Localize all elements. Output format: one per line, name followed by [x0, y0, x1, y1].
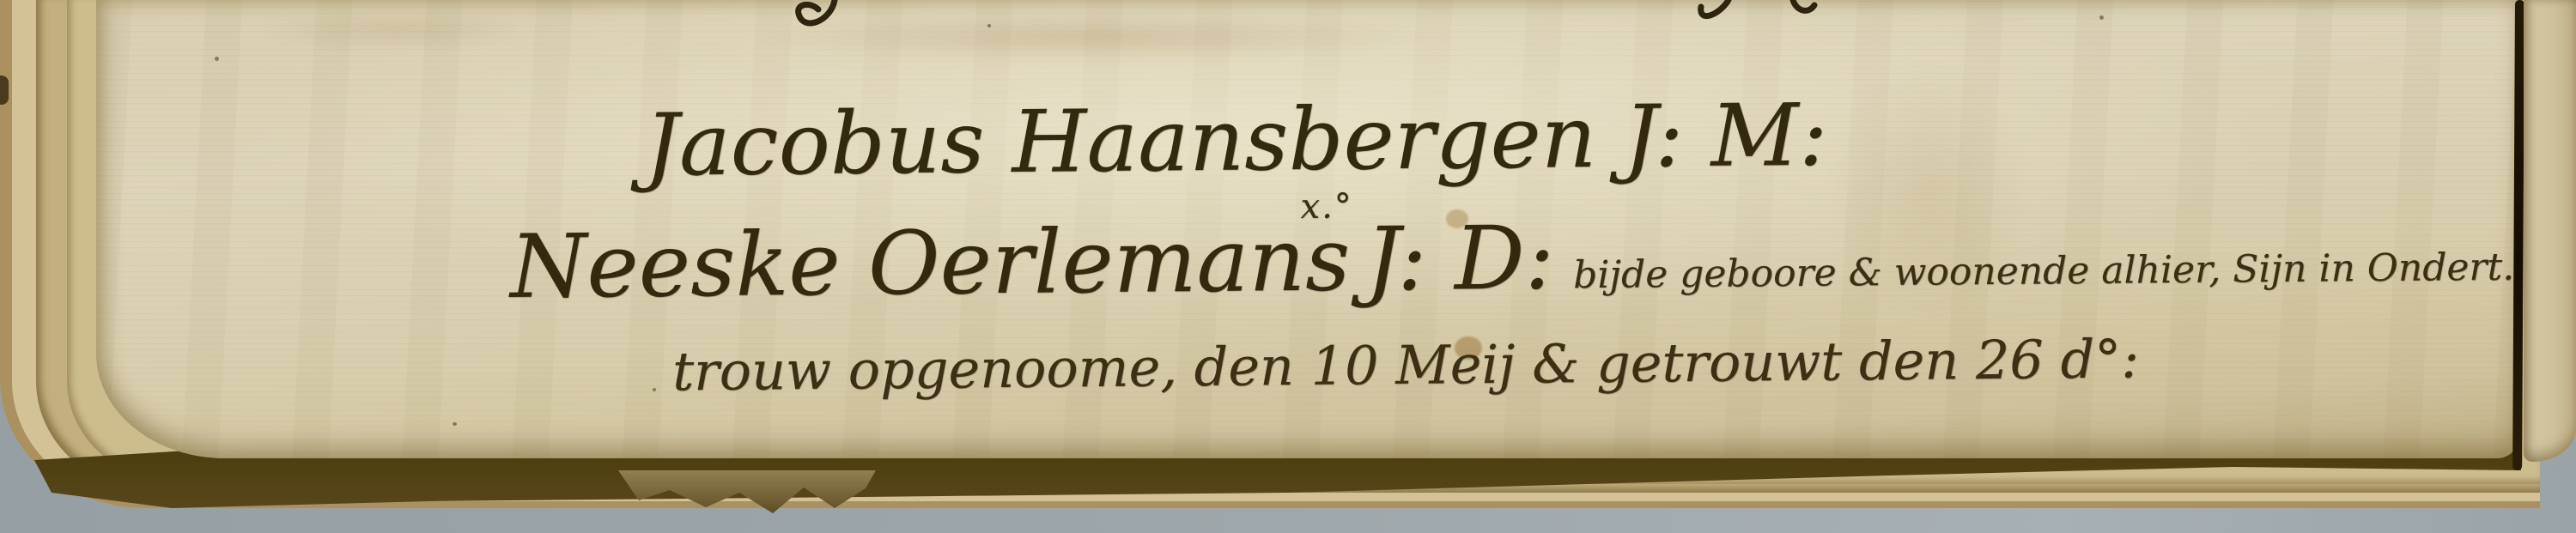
adjacent-page-edge [2524, 0, 2576, 462]
banns-marriage-dates-text: trouw opgenoome, den 10 Meij & getrouwt … [672, 328, 2140, 403]
entry-line-dates: trouw opgenoome, den 10 Meij & getrouwt … [672, 328, 2140, 403]
photo-scene: Jacobus Haansbergen J: M: Neeske Oerlema… [0, 0, 2576, 533]
bride-name: Neeske Oerlemans [510, 209, 1351, 319]
residence-note-text: bijde geboore & woonende alhier, Sijn in… [1573, 245, 2514, 298]
entry-line-bride: Neeske Oerlemansx.° J: D: bijde geboore … [510, 199, 2515, 318]
handwriting-layer: Jacobus Haansbergen J: M: Neeske Oerlema… [0, 0, 2576, 533]
insertion-mark: x.° [1300, 186, 1353, 227]
entry-line-groom: Jacobus Haansbergen J: M: [644, 85, 1828, 196]
bride-status-abbrev: J: D: [1365, 207, 1555, 311]
groom-name-text: Jacobus Haansbergen J: M: [644, 85, 1828, 196]
bride-name-text: Neeske Oerlemansx.° [510, 209, 1351, 319]
